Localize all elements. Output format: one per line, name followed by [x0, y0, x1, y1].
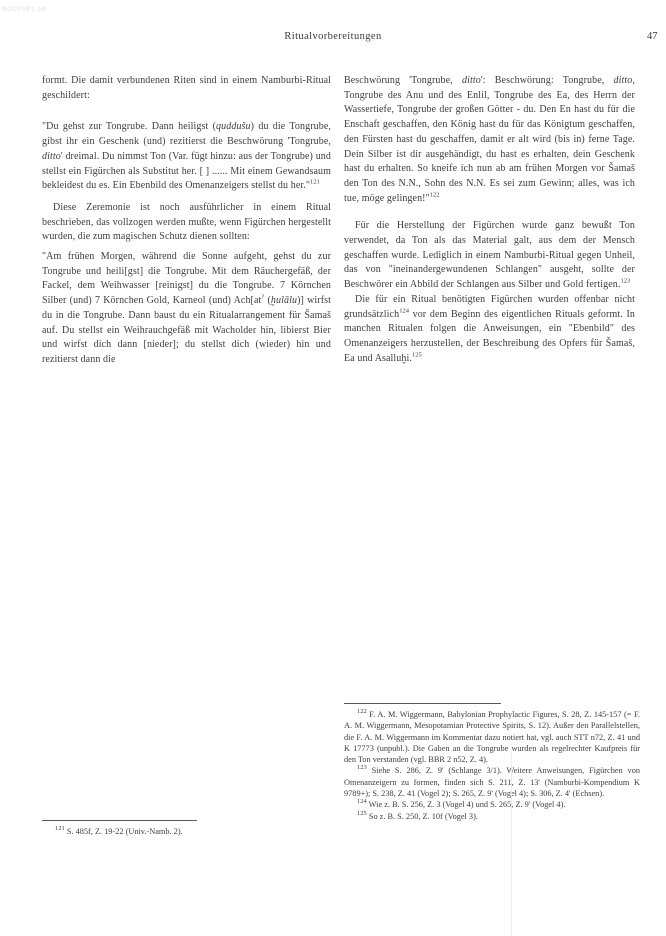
- running-header-title: Ritualvorbereitungen: [0, 31, 666, 42]
- footnote-ref: 124: [399, 307, 409, 314]
- paragraph: formt. Die damit verbundenen Riten sind …: [42, 74, 331, 103]
- footnote-ref: 121: [55, 825, 65, 832]
- text-run: F. A. M. Wiggermann, Babylonian Prophyla…: [344, 710, 640, 764]
- text-run: ': Beschwörung: Tongrube,: [481, 75, 614, 86]
- paragraph: Diese Zeremonie ist noch ausführlicher i…: [42, 201, 331, 245]
- footnote-ref: 125: [357, 810, 367, 817]
- text-run: , Tongrube des Anu und des Enlil, Tongru…: [344, 75, 635, 204]
- footnote-122: 122 F. A. M. Wiggermann, Babylonian Prop…: [344, 709, 640, 765]
- footnote-ref: 121: [310, 179, 320, 186]
- text-column-right: Beschwörung 'Tongrube, ditto': Beschwöru…: [344, 74, 635, 366]
- scan-stamp: DOC0581.59: [2, 6, 46, 13]
- text-run: Diese Zeremonie ist noch ausführlicher i…: [42, 202, 331, 242]
- text-run: ditto: [42, 151, 61, 162]
- footnote-124: 124 Wie z. B. S. 256, Z. 3 (Vogel 4) und…: [344, 799, 640, 810]
- text-run: "Du gehst zur Tongrube. Dann heiligst (: [42, 121, 216, 132]
- footnotes-left-body: 121 S. 485f, Z. 19-22 (Univ.-Namb. 2).: [42, 826, 331, 837]
- text-run: (: [264, 295, 271, 306]
- footnote-121: 121 S. 485f, Z. 19-22 (Univ.-Namb. 2).: [42, 826, 331, 837]
- paragraph: "Am frühen Morgen, während die Sonne auf…: [42, 250, 331, 368]
- paragraph: Beschwörung 'Tongrube, ditto': Beschwöru…: [344, 74, 635, 206]
- text-run: formt. Die damit verbundenen Riten sind …: [42, 75, 331, 101]
- text-run: ' dreimal. Du nimmst Ton (Var. fügt hinz…: [42, 151, 331, 191]
- text-run: Wie z. B. S. 256, Z. 3 (Vogel 4) und S. …: [367, 800, 566, 809]
- footnote-separator: [42, 820, 197, 821]
- text-column-left: formt. Die damit verbundenen Riten sind …: [42, 74, 331, 368]
- footnotes-right-body: 122 F. A. M. Wiggermann, Babylonian Prop…: [344, 709, 640, 822]
- footnote-ref: 124: [357, 799, 367, 806]
- text-run: Beschwörung 'Tongrube,: [344, 75, 462, 86]
- text-run: S. 485f, Z. 19-22 (Univ.-Namb. 2).: [65, 827, 183, 836]
- text-run: So z. B. S. 250, Z. 10f (Vogel 3).: [367, 812, 478, 821]
- text-run: ditto: [462, 75, 481, 86]
- scanned-book-page: DOC0581.59 Ritualvorbereitungen 47 formt…: [0, 0, 666, 936]
- scan-artifact-line: [511, 752, 512, 936]
- footnote-ref: 122: [357, 708, 367, 715]
- text-run: ḫulālu: [271, 295, 297, 306]
- footnotes-left: 121 S. 485f, Z. 19-22 (Univ.-Namb. 2).: [42, 820, 331, 837]
- text-run: Siehe S. 286, Z. 9' (Schlange 3/1). Weit…: [344, 766, 640, 798]
- footnote-ref: 122: [430, 191, 440, 198]
- footnote-125: 125 So z. B. S. 250, Z. 10f (Vogel 3).: [344, 811, 640, 822]
- paragraph: "Du gehst zur Tongrube. Dann heiligst (q…: [42, 120, 331, 194]
- footnote-separator: [344, 703, 501, 704]
- text-run: ditto: [614, 75, 633, 86]
- paragraph: Die für ein Ritual benötigten Figürchen …: [344, 293, 635, 367]
- paragraph: Für die Herstellung der Figürchen wurde …: [344, 219, 635, 293]
- footnotes-right: 122 F. A. M. Wiggermann, Babylonian Prop…: [344, 703, 640, 822]
- text-run: quddušu: [216, 121, 251, 132]
- footnote-123: 123 Siehe S. 286, Z. 9' (Schlange 3/1). …: [344, 765, 640, 799]
- footnote-ref: 123: [357, 765, 367, 772]
- footnote-ref: 123: [620, 278, 630, 285]
- footnote-ref: 125: [412, 351, 422, 358]
- text-run: Für die Herstellung der Figürchen wurde …: [344, 220, 635, 290]
- page-number: 47: [647, 31, 658, 42]
